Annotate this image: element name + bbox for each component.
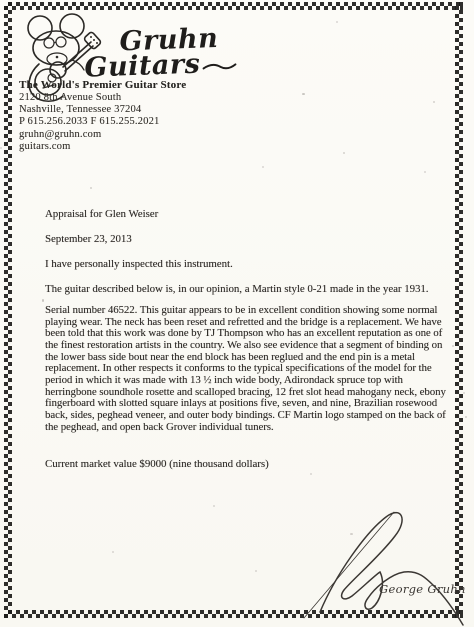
condition-description-paragraph: Serial number 46522. This guitar appears… <box>45 305 447 433</box>
inspection-statement: I have personally inspected this instrum… <box>45 258 233 270</box>
wordmark-swash-icon <box>202 61 236 72</box>
store-tagline: The World's Premier Guitar Store <box>19 79 186 91</box>
address-city: Nashville, Tennessee 37204 <box>19 104 141 115</box>
appraisal-subject-line: Appraisal for Glen Weiser <box>45 208 158 220</box>
market-value-statement: Current market value $9000 (nine thousan… <box>45 458 269 470</box>
phone-fax: P 615.256.2033 F 615.255.2021 <box>19 116 159 127</box>
logo-wordmark: Gruhn Guitars <box>83 25 236 80</box>
checkered-border-top <box>4 2 463 10</box>
website: guitars.com <box>19 141 70 152</box>
checkered-border-left <box>4 2 12 618</box>
scanned-appraisal-letter: Gruhn Guitars The World's Premier Guitar… <box>0 0 474 627</box>
address-street: 2120 8th Avenue South <box>19 92 121 103</box>
handwritten-signature-icon <box>292 490 474 627</box>
guitar-identification: The guitar described below is, in our op… <box>45 283 429 295</box>
signer-printed-name: George Gruhn <box>379 582 466 596</box>
logo-wordmark-line2: Guitars <box>84 52 201 81</box>
email-address: gruhn@gruhn.com <box>19 129 101 140</box>
letter-date: September 23, 2013 <box>45 233 132 245</box>
